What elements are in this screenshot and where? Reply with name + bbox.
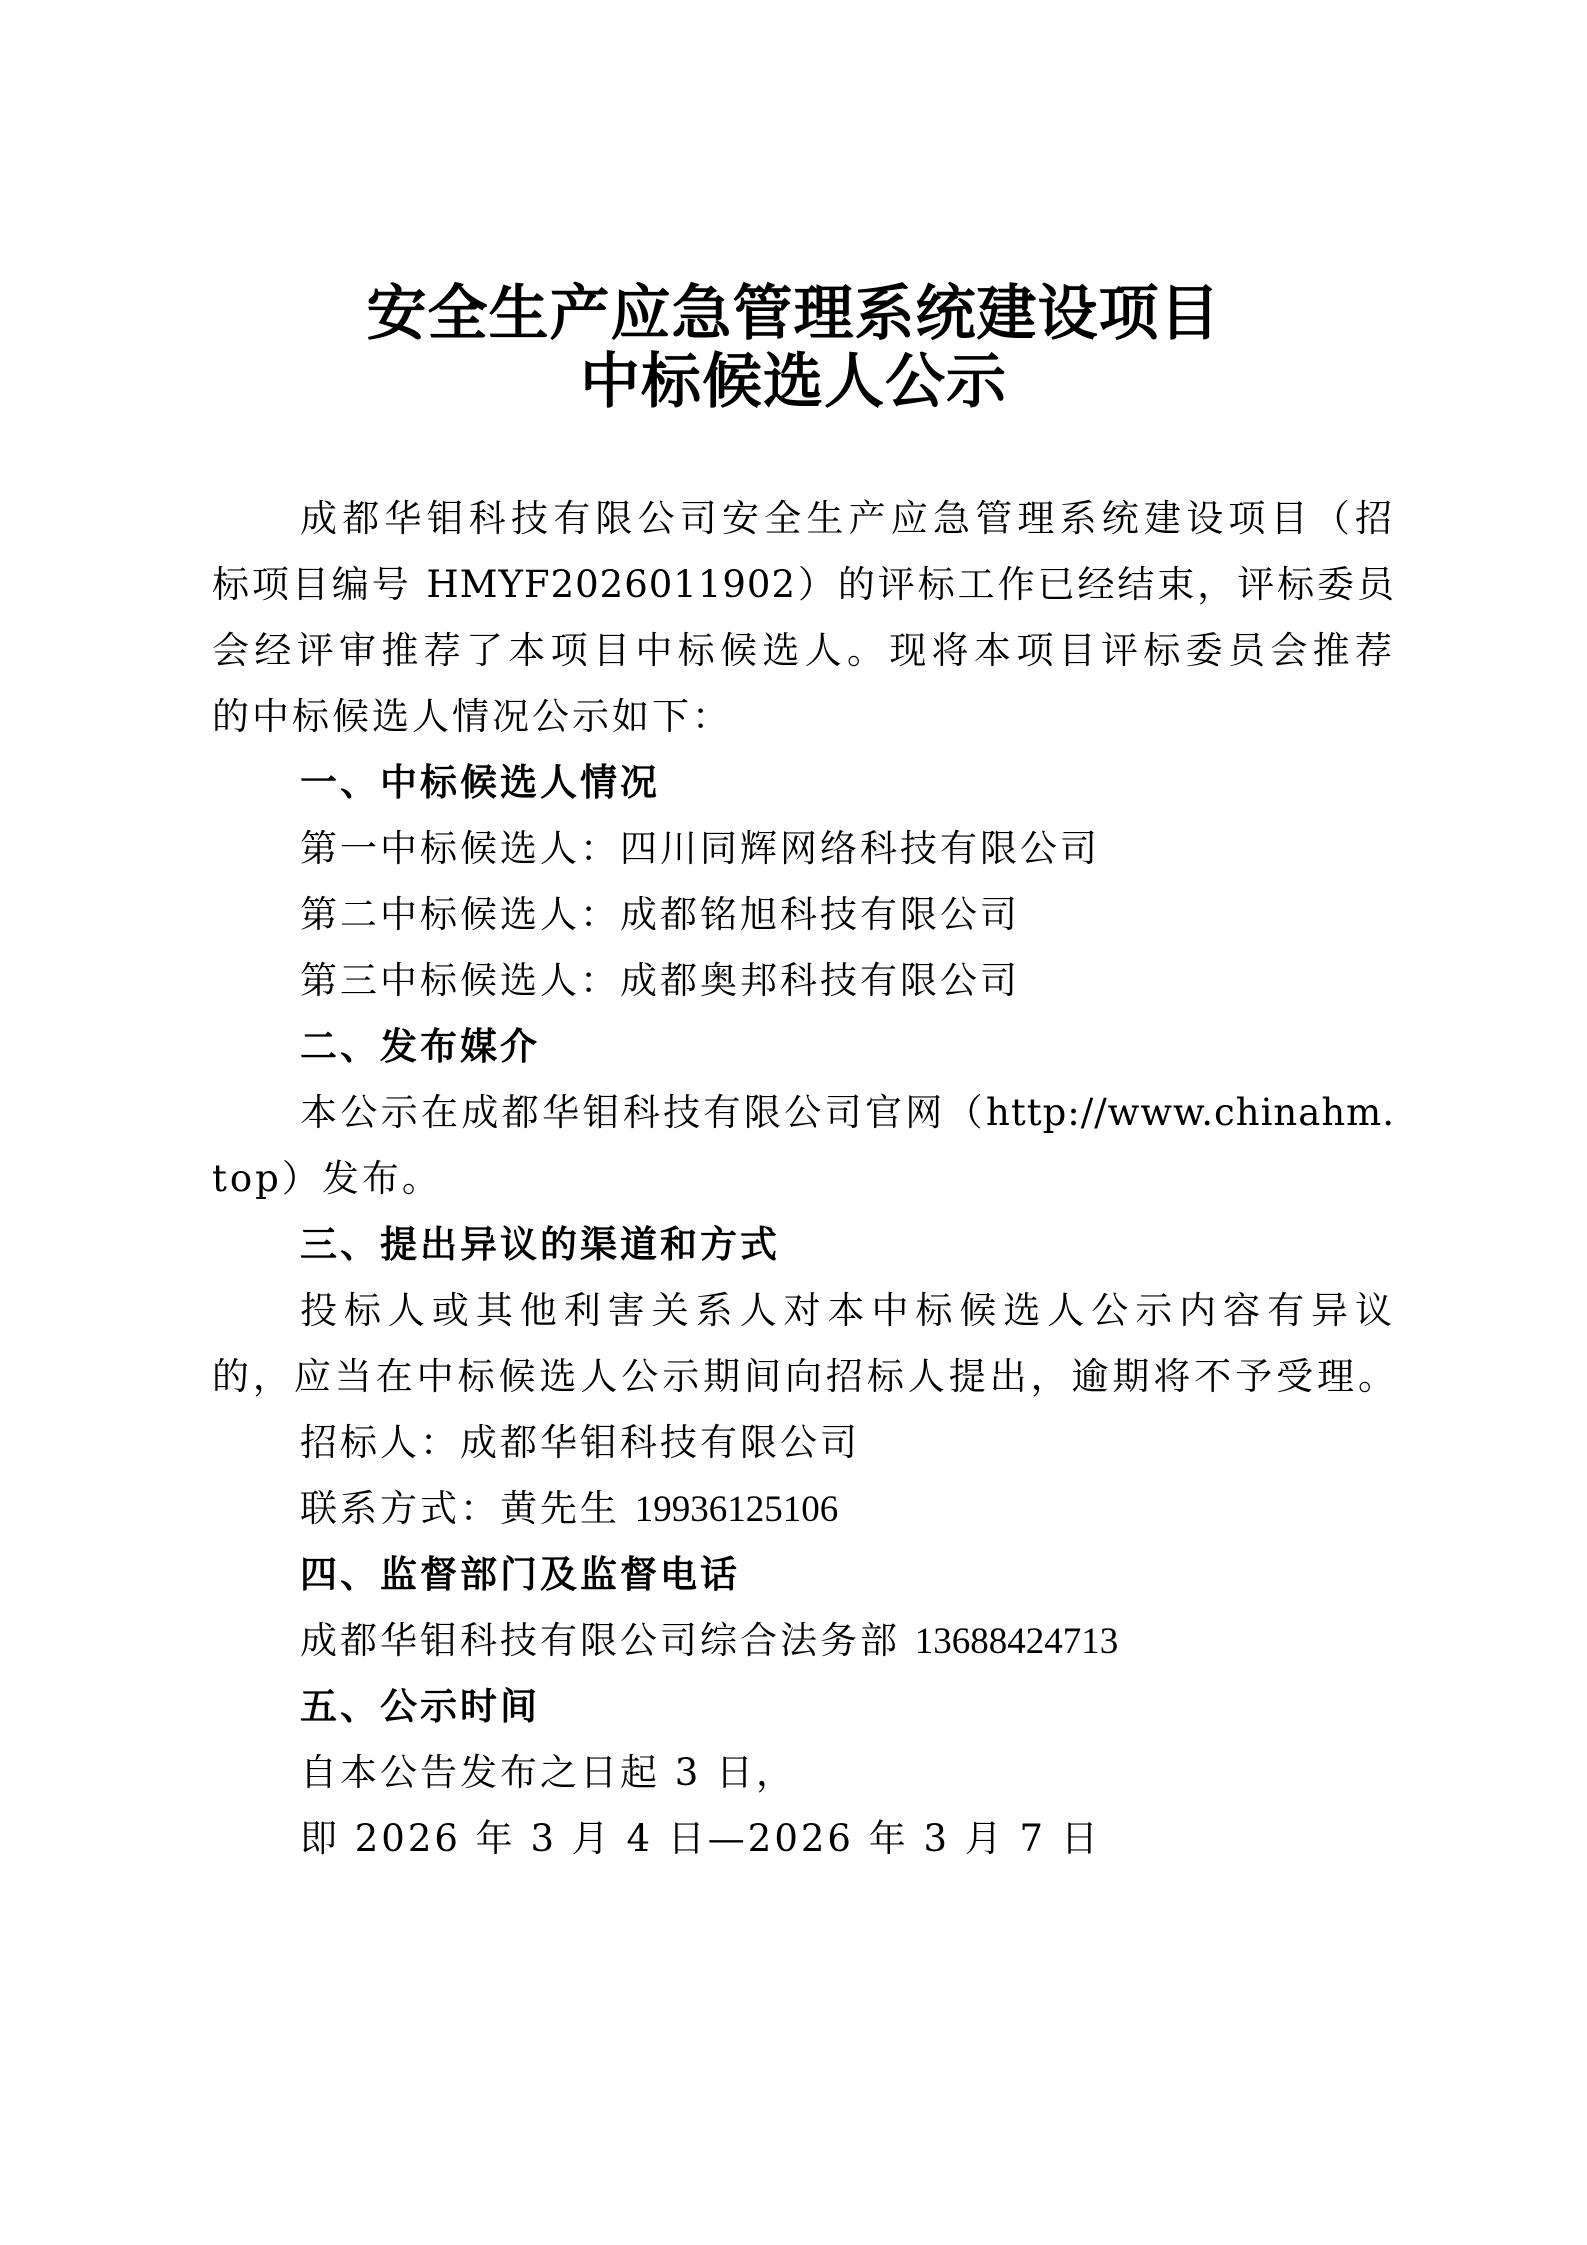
period-dates-line: 即 2026 年 3 月 4 日—2026 年 3 月 7 日 xyxy=(300,1820,1395,1857)
section-heading-supervision: 四、监督部门及监督电话 xyxy=(300,1556,1395,1593)
intro-paragraph-line: 标项目编号 HMYF2026011902）的评标工作已经结束，评标委员 xyxy=(212,566,1395,603)
candidate-third: 第三中标候选人：成都奥邦科技有限公司 xyxy=(300,962,1395,999)
supervisor-phone: 13688424713 xyxy=(915,1621,1119,1662)
media-paragraph-line: top）发布。 xyxy=(212,1160,1395,1197)
objection-paragraph-line: 投标人或其他利害关系人对本中标候选人公示内容有异议 xyxy=(300,1292,1395,1329)
media-paragraph-line: 本公示在成都华钼科技有限公司官网（http://www.chinahm. xyxy=(300,1094,1395,1131)
candidate-rank-label: 第二中标候选人： xyxy=(300,893,620,936)
contact-line: 联系方式：黄先生 19936125106 xyxy=(300,1490,1395,1528)
document-title-line-1: 安全生产应急管理系统建设项目 xyxy=(0,284,1587,344)
section-heading-period: 五、公示时间 xyxy=(300,1688,1395,1725)
candidate-first: 第一中标候选人：四川同辉网络科技有限公司 xyxy=(300,830,1395,867)
document-title-line-2: 中标候选人公示 xyxy=(0,352,1587,412)
intro-paragraph-line: 成都华钼科技有限公司安全生产应急管理系统建设项目（招 xyxy=(300,500,1395,537)
section-heading-objection: 三、提出异议的渠道和方式 xyxy=(300,1226,1395,1263)
tenderer-name: 成都华钼科技有限公司 xyxy=(460,1421,860,1464)
candidate-name: 成都奥邦科技有限公司 xyxy=(620,959,1020,1002)
candidate-rank-label: 第一中标候选人： xyxy=(300,827,620,870)
section-heading-candidates: 一、中标候选人情况 xyxy=(300,764,1395,801)
objection-paragraph-line: 的，应当在中标候选人公示期间向招标人提出，逾期将不予受理。 xyxy=(212,1358,1395,1395)
candidate-second: 第二中标候选人：成都铭旭科技有限公司 xyxy=(300,896,1395,933)
supervisor-department: 成都华钼科技有限公司综合法务部 xyxy=(300,1619,900,1662)
candidate-name: 成都铭旭科技有限公司 xyxy=(620,893,1020,936)
intro-paragraph-line: 会经评审推荐了本项目中标候选人。现将本项目评标委员会推荐 xyxy=(212,632,1395,669)
contact-label: 联系方式： xyxy=(300,1487,500,1530)
contact-phone: 19936125106 xyxy=(635,1489,839,1530)
candidate-rank-label: 第三中标候选人： xyxy=(300,959,620,1002)
intro-paragraph-line: 的中标候选人情况公示如下： xyxy=(212,698,1395,735)
contact-name: 黄先生 xyxy=(500,1487,620,1530)
period-line: 自本公告发布之日起 3 日， xyxy=(300,1754,1395,1791)
supervisor-line: 成都华钼科技有限公司综合法务部 13688424713 xyxy=(300,1622,1395,1660)
section-heading-media: 二、发布媒介 xyxy=(300,1028,1395,1065)
candidate-name: 四川同辉网络科技有限公司 xyxy=(620,827,1100,870)
tenderer-line: 招标人：成都华钼科技有限公司 xyxy=(300,1424,1395,1461)
tenderer-label: 招标人： xyxy=(300,1421,460,1464)
